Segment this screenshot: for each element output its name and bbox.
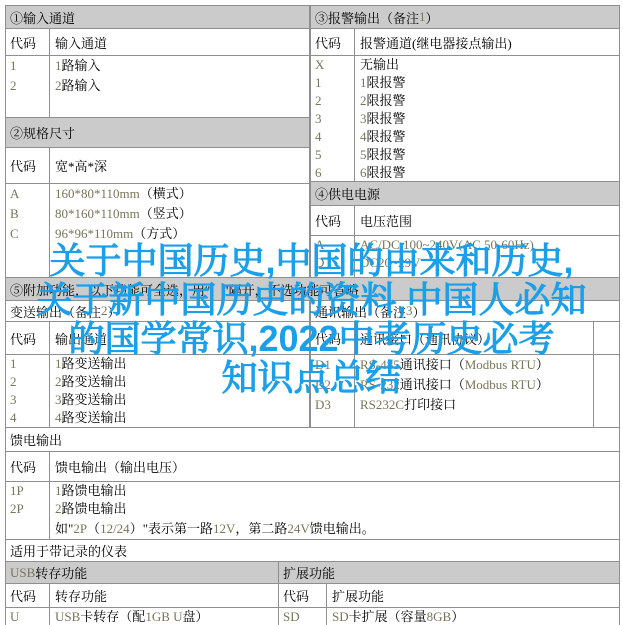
feed-output-title: 馈电输出: [6, 428, 619, 452]
ext-row-value: SD卡扩展（容量8GB）: [332, 608, 614, 625]
alarm-row-value: 3限报警: [360, 110, 614, 128]
dimension-title: ②规格尺寸: [6, 118, 309, 148]
input-row-code: 1: [10, 56, 45, 76]
alarm-row-value: 1限报警: [360, 74, 614, 92]
ext-value-header: 扩展功能: [327, 584, 619, 607]
alarm-output-title: ③报警输出（备注1）: [311, 6, 619, 29]
transmit-row-value: 4路变送输出: [55, 409, 304, 427]
input-row-code: 2: [10, 76, 45, 96]
spec-sheet-page: ①输入通道 代码 输入通道 1 2 1路输入 2路输入 ②规格尺寸 代码 宽*高…: [0, 0, 623, 625]
feed-output-table: 馈电输出 代码 馈电输出（输出电压） 1P 2P 1路馈电输出 2路馈电输出 如…: [5, 427, 620, 540]
watermark-text: 关于中国历史,中国的由来和历史, 关于新中国历史的资料,中国人必知 的国学常识,…: [0, 241, 623, 397]
usb-value-header: 转存功能: [50, 584, 278, 607]
ext-code-header: 代码: [279, 584, 327, 607]
alarm-row-value: 无输出: [360, 56, 614, 74]
alarm-row-value: 5限报警: [360, 146, 614, 164]
alarm-row-value: 4限报警: [360, 128, 614, 146]
alarm-row-value: 6限报警: [360, 164, 614, 181]
watermark-line: 关于中国历史,中国的由来和历史,: [0, 241, 623, 280]
dimension-code-header: 代码: [6, 148, 50, 183]
ext-row-code: SD: [283, 608, 322, 625]
dimension-value-header: 宽*高*深: [50, 148, 309, 183]
dimension-row-value: 80*160*110mm（竖式）: [55, 204, 304, 224]
alarm-row-code: 2: [315, 92, 350, 110]
power-value-header: 电压范围: [355, 206, 619, 235]
alarm-row-value: 2限报警: [360, 92, 614, 110]
feed-value-header: 馈电输出（输出电压）: [50, 452, 619, 481]
record-instrument-band: 适用于带记录的仪表: [5, 539, 620, 562]
input-value-header: 输入通道: [50, 29, 309, 55]
alarm-value-header: 报警通道(继电器接点输出): [355, 29, 619, 55]
usb-transfer-title: USB转存功能: [6, 562, 278, 584]
feed-row-code: 1P: [10, 482, 45, 500]
feed-note: 如"2P（12/24）"表示第一路12V，第二路24V馈电输出。: [55, 518, 614, 539]
feed-row-value: 1路馈电输出: [55, 482, 614, 500]
power-supply-title: ④供电电源: [311, 182, 619, 206]
watermark-line: 知识点总结: [0, 358, 623, 397]
watermark-line: 的国学常识,2022中考历史必考: [0, 319, 623, 358]
transmit-row-code: 4: [10, 409, 45, 427]
watermark-line: 关于新中国历史的资料,中国人必知: [0, 280, 623, 319]
input-row-value: 1路输入: [55, 56, 304, 76]
input-row-value: 2路输入: [55, 76, 304, 96]
feed-row-value: 2路馈电输出: [55, 500, 614, 518]
feed-row-code: 2P: [10, 500, 45, 518]
alarm-row-code: X: [315, 56, 350, 74]
extension-title: 扩展功能: [279, 562, 619, 584]
input-code-header: 代码: [6, 29, 50, 55]
alarm-row-code: 6: [315, 164, 350, 182]
alarm-code-header: 代码: [311, 29, 355, 55]
dimension-row-code: A: [10, 184, 45, 204]
extension-table: 扩展功能 代码 扩展功能 SD SD卡扩展（容量8GB）: [278, 561, 620, 625]
comm-row-value: RS232C打印接口: [360, 395, 588, 415]
feed-code-header: 代码: [6, 452, 50, 481]
usb-row-code: U: [10, 608, 45, 625]
alarm-row-code: 4: [315, 128, 350, 146]
power-code-header: 代码: [311, 206, 355, 235]
dimension-row-value: 160*80*110mm（横式）: [55, 184, 304, 204]
input-channel-title: ①输入通道: [6, 6, 309, 29]
usb-code-header: 代码: [6, 584, 50, 607]
alarm-row-code: 5: [315, 146, 350, 164]
alarm-output-table: ③报警输出（备注1） 代码 报警通道(继电器接点输出) X 1 2 3 4 5 …: [310, 5, 620, 182]
input-channel-table: ①输入通道 代码 输入通道 1 2 1路输入 2路输入: [5, 5, 310, 118]
alarm-row-code: 1: [315, 74, 350, 92]
comm-row-code: D3: [315, 395, 350, 415]
usb-row-value: USB卡转存（配1GB U盘）: [55, 608, 273, 625]
dimension-row-code: B: [10, 204, 45, 224]
usb-transfer-table: USB转存功能 代码 转存功能 U USB卡转存（配1GB U盘）: [5, 561, 279, 625]
alarm-row-code: 3: [315, 110, 350, 128]
